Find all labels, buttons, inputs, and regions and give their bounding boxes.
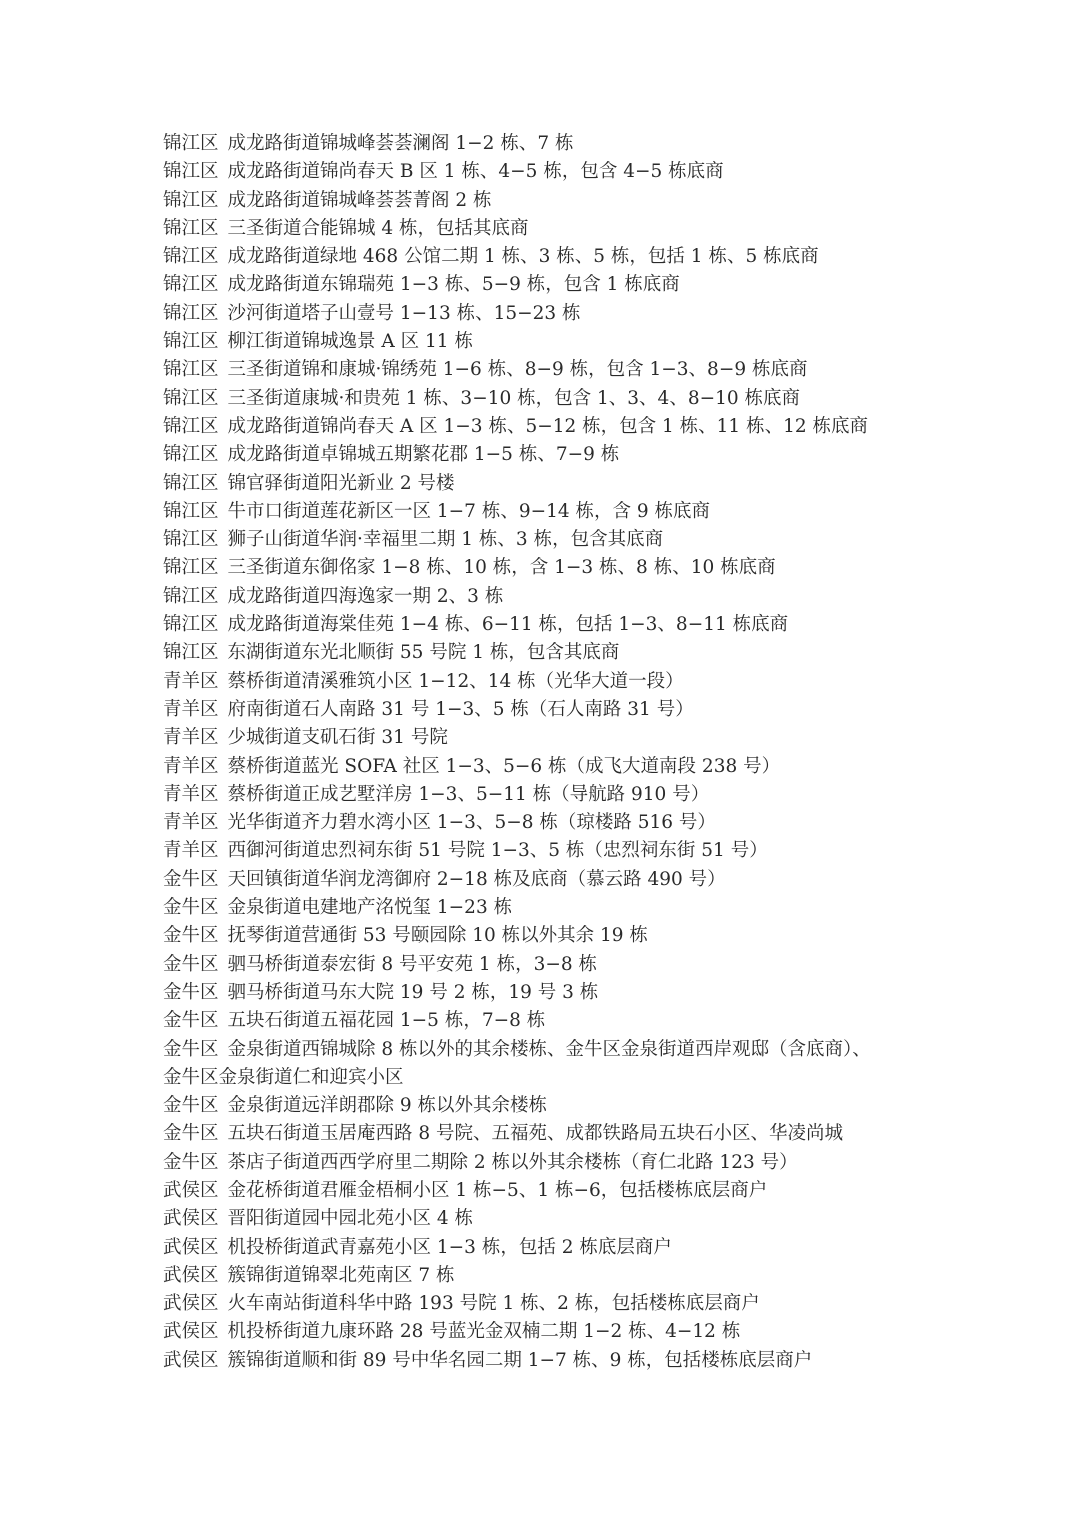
list-item: 锦江区成龙路街道锦尚春天 B 区 1 栋、4−5 栋，包含 4−5 栋底商 <box>163 158 963 186</box>
district-label: 金牛区 <box>163 1120 219 1148</box>
location-text: 成龙路街道锦尚春天 A 区 1−3 栋、5−12 栋，包含 1 栋、11 栋、1… <box>228 416 869 437</box>
list-item: 武侯区火车南站街道科华中路 193 号院 1 栋、2 栋，包括楼栋底层商户 <box>163 1290 963 1318</box>
location-text: 蔡桥街道清溪雅筑小区 1−12、14 栋（光华大道一段） <box>228 671 684 692</box>
list-item: 金牛区金泉街道远洋朗郡除 9 栋以外其余楼栋 <box>163 1092 963 1120</box>
district-label: 金牛区 <box>163 894 219 922</box>
location-text: 沙河街道塔子山壹号 1−13 栋、15−23 栋 <box>228 303 581 324</box>
location-text: 蔡桥街道蓝光 SOFA 社区 1−3、5−6 栋（成飞大道南段 238 号） <box>228 756 781 777</box>
location-text: 成龙路街道东锦瑞苑 1−3 栋、5−9 栋，包含 1 栋底商 <box>228 274 680 295</box>
location-text: 天回镇街道华润龙湾御府 2−18 栋及底商（慕云路 490 号） <box>228 869 726 890</box>
district-label: 武侯区 <box>163 1318 219 1346</box>
district-label: 金牛区 <box>163 1036 219 1064</box>
district-label: 青羊区 <box>163 837 219 865</box>
district-label: 金牛区 <box>163 1007 219 1035</box>
location-text: 狮子山街道华润·幸福里二期 1 栋、3 栋，包含其底商 <box>228 529 664 550</box>
district-label: 武侯区 <box>163 1205 219 1233</box>
district-label: 青羊区 <box>163 753 219 781</box>
location-text: 成龙路街道绿地 468 公馆二期 1 栋、3 栋、5 栋，包括 1 栋、5 栋底… <box>228 246 819 267</box>
list-item: 青羊区蔡桥街道清溪雅筑小区 1−12、14 栋（光华大道一段） <box>163 668 963 696</box>
list-item: 金牛区天回镇街道华润龙湾御府 2−18 栋及底商（慕云路 490 号） <box>163 866 963 894</box>
list-item: 武侯区金花桥街道君雁金梧桐小区 1 栋−5、1 栋−6，包括楼栋底层商户 <box>163 1177 963 1205</box>
location-text: 三圣街道合能锦城 4 栋，包括其底商 <box>228 218 529 239</box>
list-item: 武侯区机投桥街道九康环路 28 号蓝光金双楠二期 1−2 栋、4−12 栋 <box>163 1318 963 1346</box>
district-label: 武侯区 <box>163 1290 219 1318</box>
district-label: 锦江区 <box>163 554 219 582</box>
district-label: 锦江区 <box>163 583 219 611</box>
list-item: 金牛区茶店子街道西西学府里二期除 2 栋以外其余楼栋（育仁北路 123 号） <box>163 1149 963 1177</box>
district-label: 锦江区 <box>163 243 219 271</box>
list-item: 锦江区牛市口街道莲花新区一区 1−7 栋、9−14 栋，含 9 栋底商 <box>163 498 963 526</box>
location-text: 五块石街道五福花园 1−5 栋，7−8 栋 <box>228 1010 546 1031</box>
list-item: 锦江区成龙路街道卓锦城五期繁花郡 1−5 栋、7−9 栋 <box>163 441 963 469</box>
district-label: 青羊区 <box>163 809 219 837</box>
location-text: 成龙路街道锦城峰荟荟菁阁 2 栋 <box>228 190 492 211</box>
list-item: 武侯区晋阳街道园中园北苑小区 4 栋 <box>163 1205 963 1233</box>
district-label: 武侯区 <box>163 1262 219 1290</box>
list-item: 青羊区少城街道支矶石街 31 号院 <box>163 724 963 752</box>
list-item: 金牛区金泉街道电建地产洺悦玺 1−23 栋 <box>163 894 963 922</box>
list-item: 金牛区驷马桥街道马东大院 19 号 2 栋，19 号 3 栋 <box>163 979 963 1007</box>
list-item: 金牛区金泉街道仁和迎宾小区 <box>163 1064 963 1092</box>
list-item: 锦江区成龙路街道锦尚春天 A 区 1−3 栋、5−12 栋，包含 1 栋、11 … <box>163 413 963 441</box>
location-text: 茶店子街道西西学府里二期除 2 栋以外其余楼栋（育仁北路 123 号） <box>228 1152 798 1173</box>
list-item: 锦江区成龙路街道东锦瑞苑 1−3 栋、5−9 栋，包含 1 栋底商 <box>163 271 963 299</box>
location-text: 成龙路街道卓锦城五期繁花郡 1−5 栋、7−9 栋 <box>228 444 620 465</box>
location-text: 东湖街道东光北顺街 55 号院 1 栋，包含其底商 <box>228 642 620 663</box>
list-item: 青羊区蔡桥街道蓝光 SOFA 社区 1−3、5−6 栋（成飞大道南段 238 号… <box>163 753 963 781</box>
district-label: 锦江区 <box>163 639 219 667</box>
location-text: 蔡桥街道正成艺墅洋房 1−3、5−11 栋（导航路 910 号） <box>228 784 710 805</box>
list-item: 金牛区驷马桥街道泰宏街 8 号平安苑 1 栋，3−8 栋 <box>163 951 963 979</box>
list-item: 锦江区成龙路街道锦城峰荟荟菁阁 2 栋 <box>163 187 963 215</box>
location-text: 驷马桥街道泰宏街 8 号平安苑 1 栋，3−8 栋 <box>228 954 598 975</box>
location-text: 成龙路街道海棠佳苑 1−4 栋、6−11 栋，包括 1−3、8−11 栋底商 <box>228 614 789 635</box>
location-text: 簇锦街道顺和街 89 号中华名园二期 1−7 栋、9 栋，包括楼栋底层商户 <box>228 1350 813 1371</box>
location-text: 柳江街道锦城逸景 A 区 11 栋 <box>228 331 473 352</box>
district-label: 青羊区 <box>163 668 219 696</box>
district-label: 青羊区 <box>163 781 219 809</box>
location-text: 金牛区金泉街道仁和迎宾小区 <box>163 1067 404 1088</box>
location-text: 五块石街道玉居庵西路 8 号院、五福苑、成都铁路局五块石小区、华凌尚城 <box>228 1123 844 1144</box>
district-label: 武侯区 <box>163 1234 219 1262</box>
location-text: 三圣街道锦和康城·锦绣苑 1−6 栋、8−9 栋，包含 1−3、8−9 栋底商 <box>228 359 808 380</box>
location-text: 成龙路街道锦城峰荟荟澜阁 1−2 栋、7 栋 <box>228 133 574 154</box>
district-label: 锦江区 <box>163 498 219 526</box>
location-text: 晋阳街道园中园北苑小区 4 栋 <box>228 1208 474 1229</box>
document-page: 锦江区成龙路街道锦城峰荟荟澜阁 1−2 栋、7 栋锦江区成龙路街道锦尚春天 B … <box>163 130 963 1375</box>
district-label: 武侯区 <box>163 1347 219 1375</box>
list-item: 武侯区机投桥街道武青嘉苑小区 1−3 栋，包括 2 栋底层商户 <box>163 1234 963 1262</box>
district-label: 金牛区 <box>163 951 219 979</box>
district-label: 锦江区 <box>163 130 219 158</box>
location-text: 成龙路街道锦尚春天 B 区 1 栋、4−5 栋，包含 4−5 栋底商 <box>228 161 724 182</box>
list-item: 锦江区三圣街道东御佲家 1−8 栋、10 栋，含 1−3 栋、8 栋、10 栋底… <box>163 554 963 582</box>
district-label: 锦江区 <box>163 328 219 356</box>
list-item: 武侯区簇锦街道锦翠北苑南区 7 栋 <box>163 1262 963 1290</box>
list-item: 青羊区府南街道石人南路 31 号 1−3、5 栋（石人南路 31 号） <box>163 696 963 724</box>
district-label: 锦江区 <box>163 611 219 639</box>
location-text: 火车南站街道科华中路 193 号院 1 栋、2 栋，包括楼栋底层商户 <box>228 1293 760 1314</box>
list-item: 锦江区狮子山街道华润·幸福里二期 1 栋、3 栋，包含其底商 <box>163 526 963 554</box>
location-text: 金泉街道远洋朗郡除 9 栋以外其余楼栋 <box>228 1095 548 1116</box>
location-text: 府南街道石人南路 31 号 1−3、5 栋（石人南路 31 号） <box>228 699 694 720</box>
location-text: 机投桥街道武青嘉苑小区 1−3 栋，包括 2 栋底层商户 <box>228 1237 672 1258</box>
list-item: 锦江区三圣街道康城·和贵苑 1 栋、3−10 栋，包含 1、3、4、8−10 栋… <box>163 385 963 413</box>
district-label: 金牛区 <box>163 866 219 894</box>
district-label: 锦江区 <box>163 470 219 498</box>
list-item: 锦江区成龙路街道四海逸家一期 2、3 栋 <box>163 583 963 611</box>
district-label: 锦江区 <box>163 385 219 413</box>
list-item: 金牛区金泉街道西锦城除 8 栋以外的其余楼栋、金牛区金泉街道西岸观邸（含底商）、 <box>163 1036 963 1064</box>
list-item: 青羊区西御河街道忠烈祠东街 51 号院 1−3、5 栋（忠烈祠东街 51 号） <box>163 837 963 865</box>
list-item: 锦江区三圣街道锦和康城·锦绣苑 1−6 栋、8−9 栋，包含 1−3、8−9 栋… <box>163 356 963 384</box>
list-item: 锦江区三圣街道合能锦城 4 栋，包括其底商 <box>163 215 963 243</box>
location-text: 驷马桥街道马东大院 19 号 2 栋，19 号 3 栋 <box>228 982 599 1003</box>
district-label: 锦江区 <box>163 215 219 243</box>
district-label: 锦江区 <box>163 271 219 299</box>
location-text: 少城街道支矶石街 31 号院 <box>228 727 448 748</box>
list-item: 锦江区成龙路街道绿地 468 公馆二期 1 栋、3 栋、5 栋，包括 1 栋、5… <box>163 243 963 271</box>
list-item: 锦江区柳江街道锦城逸景 A 区 11 栋 <box>163 328 963 356</box>
district-label: 锦江区 <box>163 413 219 441</box>
location-text: 成龙路街道四海逸家一期 2、3 栋 <box>228 586 504 607</box>
location-text: 西御河街道忠烈祠东街 51 号院 1−3、5 栋（忠烈祠东街 51 号） <box>228 840 768 861</box>
location-text: 簇锦街道锦翠北苑南区 7 栋 <box>228 1265 455 1286</box>
location-text: 金花桥街道君雁金梧桐小区 1 栋−5、1 栋−6，包括楼栋底层商户 <box>228 1180 768 1201</box>
district-label: 锦江区 <box>163 158 219 186</box>
district-label: 锦江区 <box>163 526 219 554</box>
location-text: 机投桥街道九康环路 28 号蓝光金双楠二期 1−2 栋、4−12 栋 <box>228 1321 741 1342</box>
location-text: 金泉街道电建地产洺悦玺 1−23 栋 <box>228 897 513 918</box>
district-label: 锦江区 <box>163 356 219 384</box>
district-label: 锦江区 <box>163 300 219 328</box>
district-label: 武侯区 <box>163 1177 219 1205</box>
list-item: 锦江区成龙路街道锦城峰荟荟澜阁 1−2 栋、7 栋 <box>163 130 963 158</box>
district-label: 青羊区 <box>163 724 219 752</box>
list-item: 金牛区五块石街道五福花园 1−5 栋，7−8 栋 <box>163 1007 963 1035</box>
list-item: 锦江区锦官驿街道阳光新业 2 号楼 <box>163 470 963 498</box>
list-item: 金牛区五块石街道玉居庵西路 8 号院、五福苑、成都铁路局五块石小区、华凌尚城 <box>163 1120 963 1148</box>
list-item: 青羊区光华街道齐力碧水湾小区 1−3、5−8 栋（琼楼路 516 号） <box>163 809 963 837</box>
district-label: 金牛区 <box>163 1149 219 1177</box>
location-text: 锦官驿街道阳光新业 2 号楼 <box>228 473 455 494</box>
location-text: 光华街道齐力碧水湾小区 1−3、5−8 栋（琼楼路 516 号） <box>228 812 716 833</box>
district-label: 锦江区 <box>163 441 219 469</box>
district-label: 青羊区 <box>163 696 219 724</box>
location-text: 三圣街道康城·和贵苑 1 栋、3−10 栋，包含 1、3、4、8−10 栋底商 <box>228 388 801 409</box>
district-label: 金牛区 <box>163 922 219 950</box>
location-text: 牛市口街道莲花新区一区 1−7 栋、9−14 栋，含 9 栋底商 <box>228 501 711 522</box>
district-label: 金牛区 <box>163 1092 219 1120</box>
list-item: 金牛区抚琴街道营通街 53 号颐园除 10 栋以外其余 19 栋 <box>163 922 963 950</box>
location-text: 金泉街道西锦城除 8 栋以外的其余楼栋、金牛区金泉街道西岸观邸（含底商）、 <box>228 1039 871 1060</box>
list-item: 青羊区蔡桥街道正成艺墅洋房 1−3、5−11 栋（导航路 910 号） <box>163 781 963 809</box>
list-item: 锦江区沙河街道塔子山壹号 1−13 栋、15−23 栋 <box>163 300 963 328</box>
district-label: 锦江区 <box>163 187 219 215</box>
location-text: 抚琴街道营通街 53 号颐园除 10 栋以外其余 19 栋 <box>228 925 648 946</box>
district-label: 金牛区 <box>163 979 219 1007</box>
list-item: 武侯区簇锦街道顺和街 89 号中华名园二期 1−7 栋、9 栋，包括楼栋底层商户 <box>163 1347 963 1375</box>
list-item: 锦江区东湖街道东光北顺街 55 号院 1 栋，包含其底商 <box>163 639 963 667</box>
location-text: 三圣街道东御佲家 1−8 栋、10 栋，含 1−3 栋、8 栋、10 栋底商 <box>228 557 776 578</box>
list-item: 锦江区成龙路街道海棠佳苑 1−4 栋、6−11 栋，包括 1−3、8−11 栋底… <box>163 611 963 639</box>
